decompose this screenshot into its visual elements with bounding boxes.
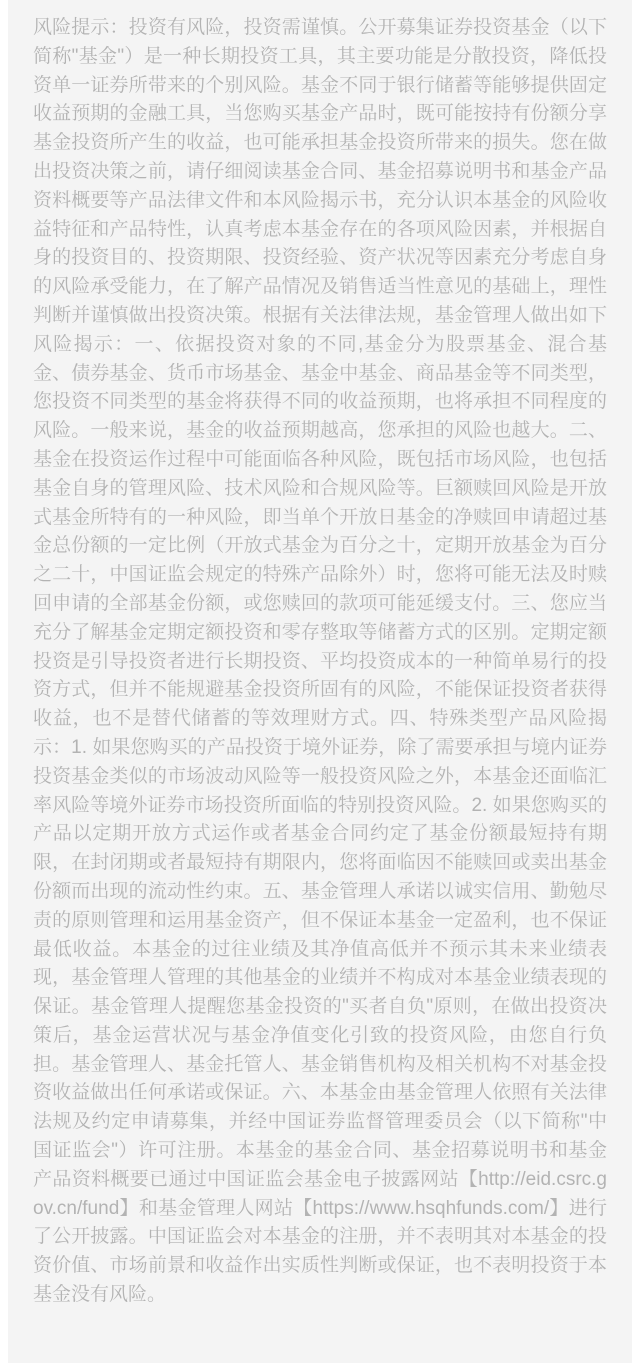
disclosure-panel: 风险提示：投资有风险，投资需谨慎。公开募集证券投资基金（以下简称"基金"）是一种… xyxy=(8,0,632,1363)
page-background: { "page": { "type": "fund-risk-disclosur… xyxy=(0,0,640,1363)
risk-disclosure-text: 风险提示：投资有风险，投资需谨慎。公开募集证券投资基金（以下简称"基金"）是一种… xyxy=(8,0,632,1310)
